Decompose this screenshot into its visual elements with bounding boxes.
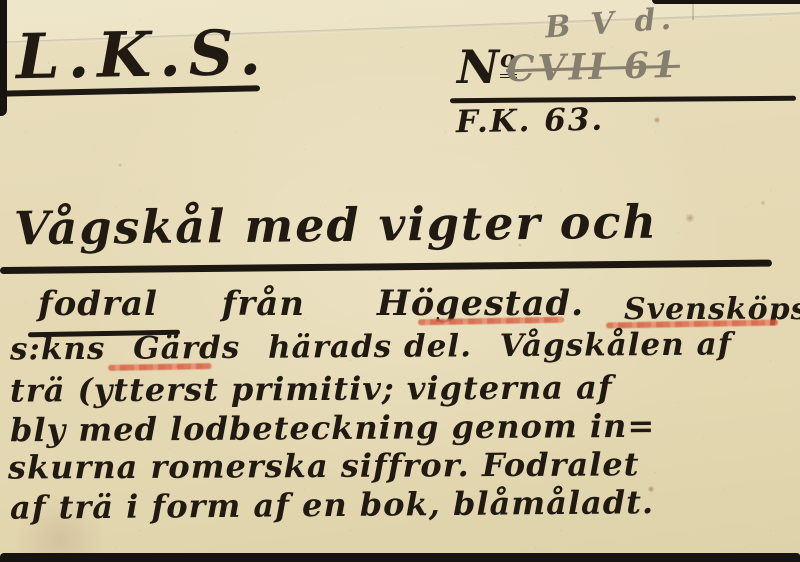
line3-mid: härads del. bbox=[268, 328, 472, 365]
number-underline-rule bbox=[450, 96, 796, 103]
number-label-n: N bbox=[457, 40, 500, 94]
body-line-4: trä (ytterst primitiv; vigterna af bbox=[10, 368, 613, 409]
accession-number: F.K. 63. bbox=[456, 102, 605, 141]
word-fran: från bbox=[222, 284, 305, 324]
title-underline bbox=[0, 260, 772, 274]
photo-edge-bottom bbox=[0, 553, 800, 562]
photo-edge-left bbox=[0, 0, 7, 116]
catalogue-card: L.K.S. B V d. No CVII 61 F.K. 63. Vågskå… bbox=[0, 0, 800, 562]
line3-red-word: Gärds bbox=[133, 330, 240, 367]
crossed-out-number: CVII 61 bbox=[505, 44, 680, 91]
word-fodral: fodral bbox=[38, 284, 158, 324]
pencil-classification: B V d. bbox=[544, 1, 677, 45]
line3-pre: s:kns bbox=[10, 331, 106, 368]
body-line-5: bly med lodbeteckning genom in= bbox=[10, 407, 655, 450]
line3-tail: Vågskålen af bbox=[500, 326, 732, 364]
body-line-6: skurna romerska siffror. Fodralet bbox=[8, 445, 640, 486]
photo-edge-top-right bbox=[652, 0, 800, 4]
body-line-7: af trä i form af en bok, blåmåladt. bbox=[10, 483, 654, 527]
title-line: Vågskål med vigter och bbox=[14, 195, 658, 256]
collection-mark: L.K.S. bbox=[15, 16, 269, 93]
body-line-3: s:kns Gärds härads del. Vågskålen af bbox=[10, 326, 732, 367]
body-line-2: fodral från Högestad. Svensköps bbox=[38, 283, 800, 324]
